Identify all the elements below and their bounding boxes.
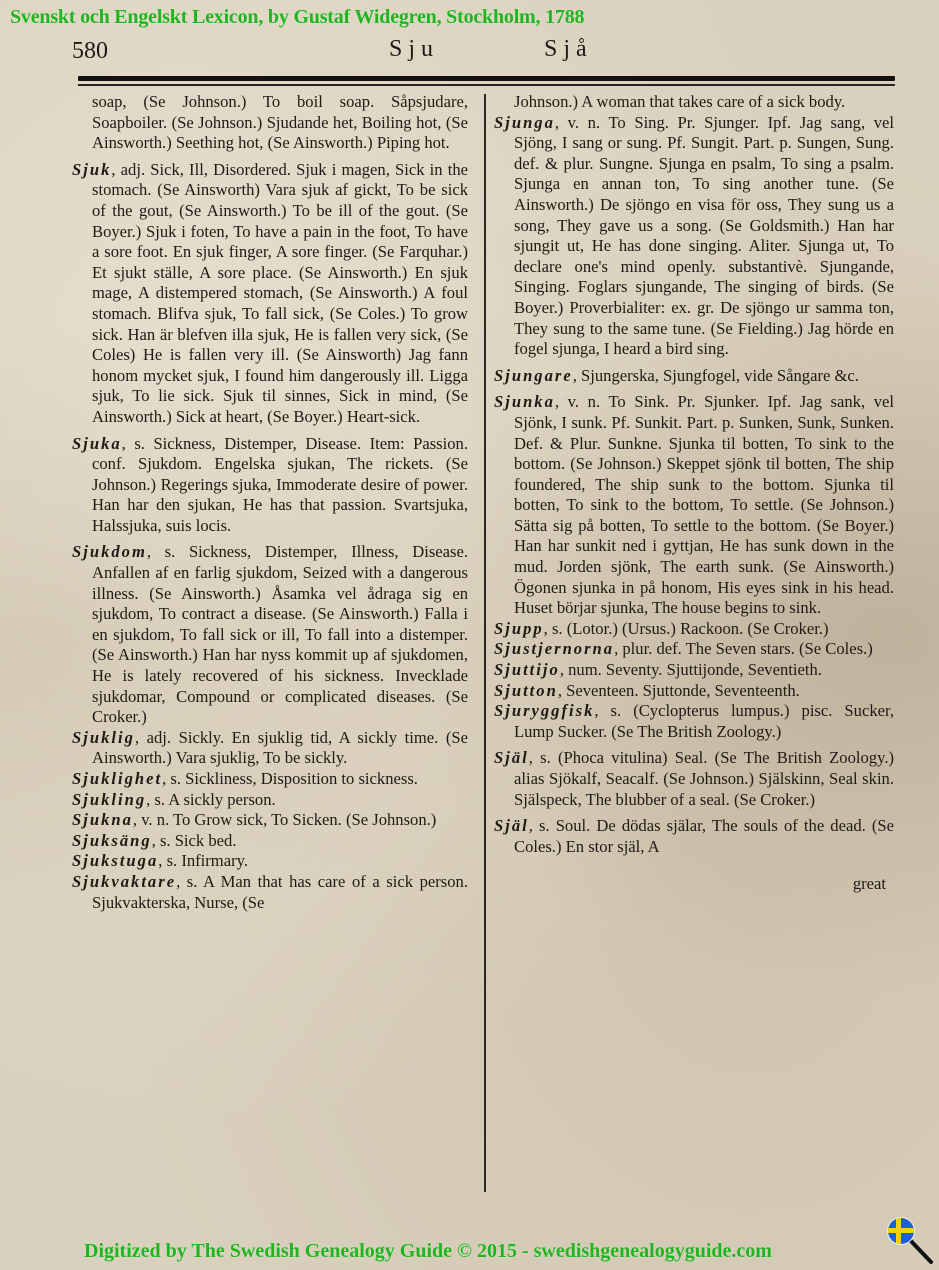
swedish-flag-magnifier-icon [884, 1214, 936, 1266]
dictionary-entry: Johnson.) A woman that takes care of a s… [494, 92, 894, 113]
entry-text: , s. (Phoca vitulina) Seal. (Se The Brit… [514, 748, 894, 808]
headword: Sjukstuga [72, 851, 158, 870]
dictionary-entry: Sjustjernorna, plur. def. The Seven star… [494, 639, 894, 660]
headword: Sjustjernorna [494, 639, 614, 658]
dictionary-entry: Sjuk, adj. Sick, Ill, Disordered. Sjuk i… [72, 160, 468, 428]
dictionary-entry: Sjukvaktare, s. A Man that has care of a… [72, 872, 468, 913]
entry-text: , s. Sickness, Distemper, Disease. Item:… [92, 434, 468, 535]
headword: Sjuryggfisk [494, 701, 594, 720]
entry-text: , adj. Sickly. En sjuklig tid, A sickly … [92, 728, 468, 768]
headword: Sjutton [494, 681, 558, 700]
entry-text: , s. Infirmary. [158, 851, 248, 870]
watermark-title: Svenskt och Engelskt Lexicon, by Gustaf … [10, 6, 584, 29]
dictionary-entry: Själ, s. Soul. De dödas själar, The soul… [494, 816, 894, 857]
entry-text: , Sjungerska, Sjungfogel, vide Sångare &… [573, 366, 859, 385]
headword: Själ [494, 748, 529, 767]
headword: Sjukling [72, 790, 146, 809]
left-column: soap, (Se Johnson.) To boil soap. Såpsju… [72, 92, 468, 913]
dictionary-entry: Sjuksäng, s. Sick bed. [72, 831, 468, 852]
dictionary-entry: Sjunka, v. n. To Sink. Pr. Sjunker. Ipf.… [494, 392, 894, 619]
dictionary-entry: Sjukling, s. A sickly person. [72, 790, 468, 811]
entry-text: , v. n. To Sing. Pr. Sjunger. Ipf. Jag s… [514, 113, 894, 359]
headword: Sjuklig [72, 728, 135, 747]
headword: Sjupp [494, 619, 544, 638]
watermark-footer: Digitized by The Swedish Genealogy Guide… [84, 1240, 772, 1263]
entry-text: soap, (Se Johnson.) To boil soap. Såpsju… [92, 92, 468, 152]
dictionary-entry: Sjukna, v. n. To Grow sick, To Sicken. (… [72, 810, 468, 831]
entry-text: , s. Soul. De dödas själar, The souls of… [514, 816, 894, 856]
entry-text: , num. Seventy. Sjuttijonde, Seventieth. [560, 660, 822, 679]
entry-text: , s. (Lotor.) (Ursus.) Rackoon. (Se Crok… [544, 619, 829, 638]
entry-text: , adj. Sick, Ill, Disordered. Sjuk i mag… [92, 160, 468, 426]
entry-text: , Seventeen. Sjuttonde, Seventeenth. [558, 681, 800, 700]
headword: Sjunka [494, 392, 555, 411]
dictionary-entry: Sjungare, Sjungerska, Sjungfogel, vide S… [494, 366, 894, 387]
dictionary-entry: Själ, s. (Phoca vitulina) Seal. (Se The … [494, 748, 894, 810]
right-column: Johnson.) A woman that takes care of a s… [494, 92, 894, 911]
dictionary-entry: Sjuka, s. Sickness, Distemper, Disease. … [72, 434, 468, 537]
dictionary-entry: soap, (Se Johnson.) To boil soap. Såpsju… [72, 92, 468, 154]
running-head: 580 Sju Sjå [0, 36, 939, 70]
column-divider [484, 94, 486, 1192]
entry-text: , v. n. To Sink. Pr. Sjunker. Ipf. Jag s… [514, 392, 894, 617]
entry-text: Johnson.) A woman that takes care of a s… [514, 92, 845, 111]
entry-text: , s. Sickness, Distemper, Illness, Disea… [92, 542, 468, 726]
headword: Sjuk [72, 160, 111, 179]
header-rule [78, 76, 895, 81]
header-rule-thin [78, 84, 895, 86]
entry-text: , s. Sick bed. [152, 831, 237, 850]
headword: Sjuksäng [72, 831, 152, 850]
catchword: great [494, 874, 894, 895]
dictionary-entry: Sjukdom, s. Sickness, Distemper, Illness… [72, 542, 468, 727]
entry-text: , plur. def. The Seven stars. (Se Coles.… [614, 639, 873, 658]
page-number: 580 [72, 38, 108, 65]
dictionary-entry: Sjupp, s. (Lotor.) (Ursus.) Rackoon. (Se… [494, 619, 894, 640]
dictionary-entry: Sjunga, v. n. To Sing. Pr. Sjunger. Ipf.… [494, 113, 894, 360]
dictionary-entry: Sjukstuga, s. Infirmary. [72, 851, 468, 872]
entry-text: , s. Sickliness, Disposition to sickness… [162, 769, 418, 788]
headword: Sjukvaktare [72, 872, 176, 891]
guide-word-left: Sju [389, 36, 439, 63]
headword: Sjuttijo [494, 660, 560, 679]
dictionary-entry: Sjutton, Seventeen. Sjuttonde, Seventeen… [494, 681, 894, 702]
entry-text: , s. A sickly person. [146, 790, 276, 809]
dictionary-entry: Sjuklighet, s. Sickliness, Disposition t… [72, 769, 468, 790]
headword: Sjuka [72, 434, 122, 453]
dictionary-entry: Sjuttijo, num. Seventy. Sjuttijonde, Sev… [494, 660, 894, 681]
headword: Själ [494, 816, 529, 835]
headword: Sjuklighet [72, 769, 162, 788]
headword: Sjunga [494, 113, 555, 132]
dictionary-entry: Sjuryggfisk, s. (Cyclopterus lumpus.) pi… [494, 701, 894, 742]
dictionary-entry: Sjuklig, adj. Sickly. En sjuklig tid, A … [72, 728, 468, 769]
entry-text: , v. n. To Grow sick, To Sicken. (Se Joh… [133, 810, 436, 829]
headword: Sjukna [72, 810, 133, 829]
guide-word-right: Sjå [544, 36, 593, 63]
headword: Sjukdom [72, 542, 147, 561]
headword: Sjungare [494, 366, 573, 385]
